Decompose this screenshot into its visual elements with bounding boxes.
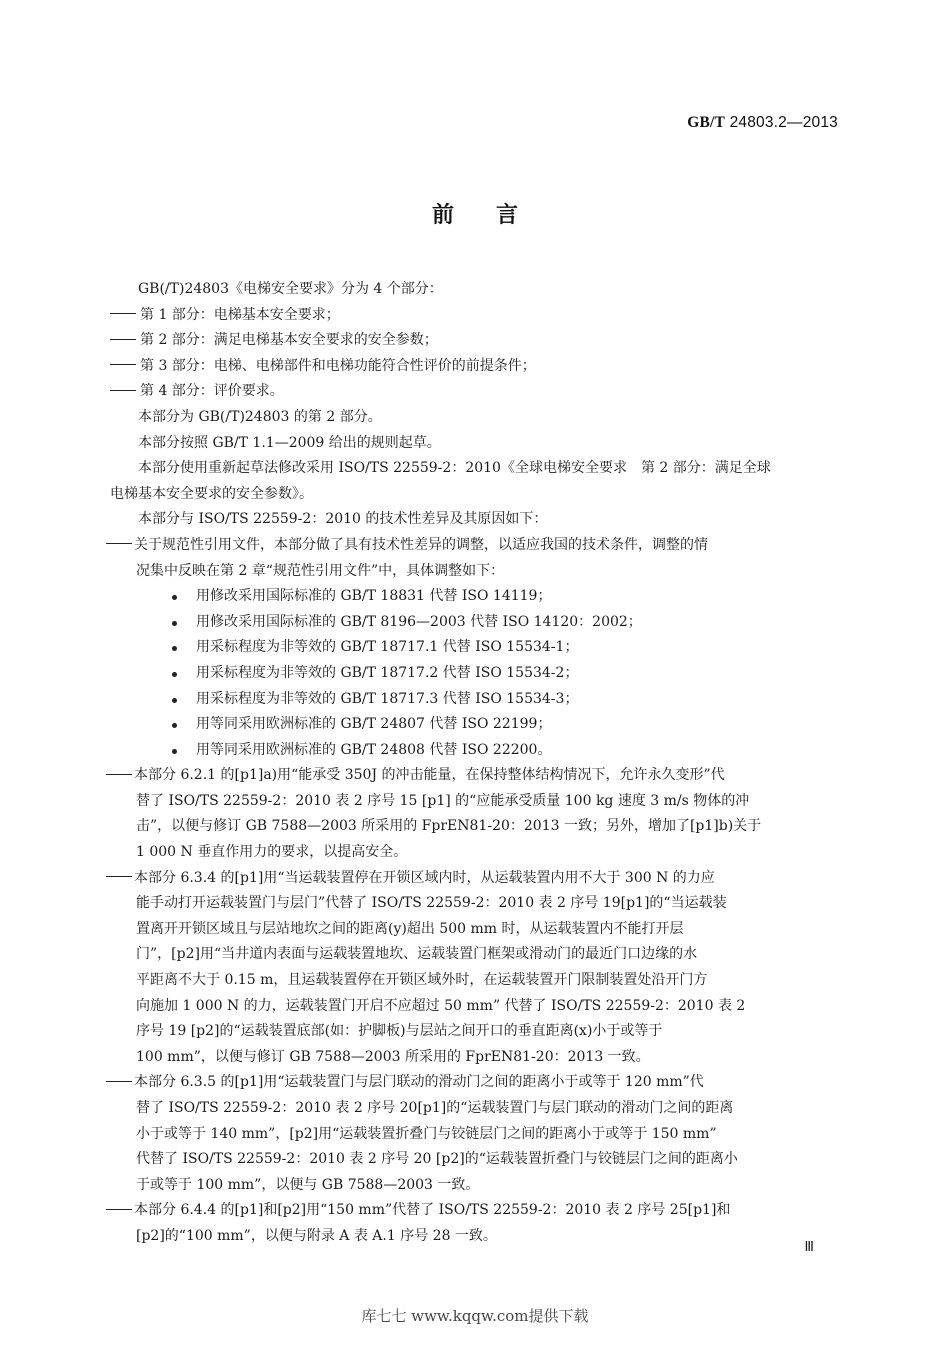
part-item: 第 3 部分：电梯、电梯部件和电梯功能符合性评价的前提条件；: [110, 354, 838, 380]
em-dash: [106, 1081, 132, 1082]
em-dash: [110, 390, 136, 391]
em-dash: [106, 1209, 132, 1210]
part-item: 第 1 部分：电梯基本安全要求；: [110, 303, 838, 329]
adoption-statement-cont: 电梯基本安全要求的安全参数》。: [110, 482, 838, 508]
bullet-item: 用等同采用欧洲标准的 GB/T 24807 代替 ISO 22199；: [172, 712, 838, 738]
em-dash: [106, 774, 132, 775]
page-number: Ⅲ: [804, 1239, 814, 1256]
bullet-item: 用修改采用国际标准的 GB/T 8196—2003 代替 ISO 14120：2…: [172, 610, 838, 636]
em-dash: [106, 876, 132, 877]
part-item: 第 4 部分：评价要求。: [110, 379, 838, 405]
drafting-rule: 本部分按照 GB/T 1.1—2009 给出的规则起草。: [138, 431, 838, 457]
standard-prefix: GB/T: [687, 114, 725, 131]
bullet-item: 用采标程度为非等效的 GB/T 18717.2 代替 ISO 15534-2；: [172, 661, 838, 687]
difference-item: 本部分 6.3.5 的[p1]用“运载装置门与层门联动的滑动门之间的距离小于或等…: [136, 1070, 838, 1198]
difference-item: 本部分 6.2.1 的[p1]a)用“能承受 350J 的冲击能量，在保持整体结…: [136, 763, 838, 865]
em-dash: [106, 543, 132, 544]
page-title: 前言: [0, 198, 950, 229]
download-footer: 库七七 www.kqqw.com提供下载: [0, 1305, 950, 1326]
parts-intro: GB(/T)24803《电梯安全要求》分为 4 个部分：: [138, 277, 838, 303]
difference-item: 本部分 6.4.4 的[p1]和[p2]用“150 mm”代替了 ISO/TS …: [136, 1198, 838, 1249]
standard-code: 24803.2—2013: [730, 114, 838, 131]
em-dash: [110, 339, 136, 340]
difference-item: 关于规范性引用文件，本部分做了具有技术性差异的调整，以适应我国的技术条件，调整的…: [136, 533, 838, 763]
standard-number: GB/T 24803.2—2013: [687, 114, 838, 132]
part-item: 第 2 部分：满足电梯基本安全要求的安全参数；: [110, 328, 838, 354]
bullet-item: 用等同采用欧洲标准的 GB/T 24808 代替 ISO 22200。: [172, 738, 838, 764]
em-dash: [110, 364, 136, 365]
bullet-list: 用修改采用国际标准的 GB/T 18831 代替 ISO 14119； 用修改采…: [172, 584, 838, 763]
differences-intro: 本部分与 ISO/TS 22559-2：2010 的技术性差异及其原因如下：: [138, 507, 838, 533]
bullet-item: 用修改采用国际标准的 GB/T 18831 代替 ISO 14119；: [172, 584, 838, 610]
this-part-statement: 本部分为 GB(/T)24803 的第 2 部分。: [138, 405, 838, 431]
bullet-item: 用采标程度为非等效的 GB/T 18717.3 代替 ISO 15534-3；: [172, 687, 838, 713]
adoption-statement: 本部分使用重新起草法修改采用 ISO/TS 22559-2：2010《全球电梯安…: [138, 456, 838, 482]
document-body: GB(/T)24803《电梯安全要求》分为 4 个部分： 第 1 部分：电梯基本…: [138, 277, 838, 1250]
bullet-item: 用采标程度为非等效的 GB/T 18717.1 代替 ISO 15534-1；: [172, 635, 838, 661]
em-dash: [110, 313, 136, 314]
difference-item: 本部分 6.3.4 的[p1]用“当运载装置停在开锁区域内时，从运载装置内用不大…: [136, 866, 838, 1071]
